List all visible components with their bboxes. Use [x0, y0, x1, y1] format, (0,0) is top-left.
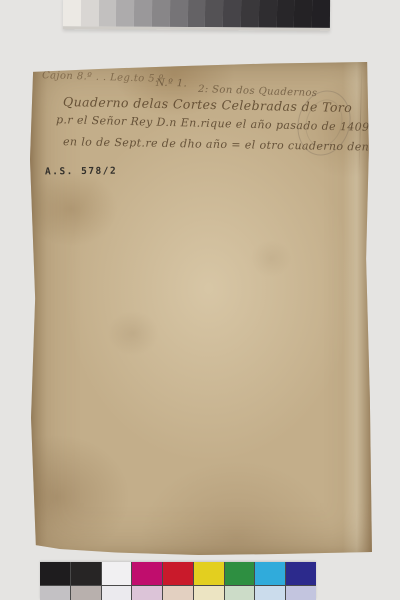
calibration-swatch: [276, 0, 294, 28]
parchment-crease: [359, 64, 363, 174]
calibration-swatch: [187, 0, 205, 27]
calibration-swatch: [194, 562, 224, 585]
calibration-swatch: [134, 0, 152, 27]
calibration-swatch: [81, 0, 99, 26]
calibration-swatch: [63, 0, 81, 26]
calibration-swatch: [205, 0, 223, 27]
calibration-swatch: [40, 562, 70, 585]
calibration-swatch: [132, 586, 162, 600]
calibration-swatch: [255, 562, 285, 585]
calibration-swatch: [71, 586, 101, 600]
calibration-swatch: [225, 562, 255, 585]
calibration-swatch: [116, 0, 134, 27]
calibration-swatch: [259, 0, 277, 27]
calibration-swatch: [312, 0, 330, 28]
calibration-swatch: [255, 586, 285, 600]
parchment-cover: Cajon 8.º . . Leg.to 5.º N.º 1. 2: Son d…: [30, 60, 374, 557]
calibration-swatch: [163, 562, 193, 585]
color-bar-tint-row: [40, 586, 316, 600]
calibration-swatch: [102, 586, 132, 600]
color-calibration-bar: [40, 562, 316, 600]
calibration-swatch: [71, 562, 101, 585]
archive-reference-number: A.S. 578/2: [45, 166, 117, 178]
calibration-swatch: [225, 586, 255, 600]
stamp-inner-ring: [300, 95, 348, 151]
calibration-swatch: [102, 562, 132, 585]
calibration-swatch: [40, 586, 70, 600]
color-bar-saturated-row: [40, 562, 316, 585]
calibration-swatch: [223, 0, 241, 27]
archival-photo: Cajon 8.º . . Leg.to 5.º N.º 1. 2: Son d…: [0, 0, 400, 600]
calibration-swatch: [241, 0, 259, 27]
calibration-swatch: [286, 562, 316, 585]
calibration-swatch: [194, 586, 224, 600]
catalog-number-inscription: N.º 1.: [156, 77, 187, 89]
calibration-swatch: [99, 0, 117, 27]
grayscale-calibration-bar: [63, 0, 330, 31]
calibration-swatch: [132, 562, 162, 585]
calibration-swatch: [163, 586, 193, 600]
calibration-swatch: [170, 0, 188, 27]
calibration-swatch: [152, 0, 170, 27]
calibration-swatch: [294, 0, 312, 28]
catalog-inscription-left: Cajon 8.º . . Leg.to 5.º: [42, 70, 164, 85]
calibration-swatch: [286, 586, 316, 600]
